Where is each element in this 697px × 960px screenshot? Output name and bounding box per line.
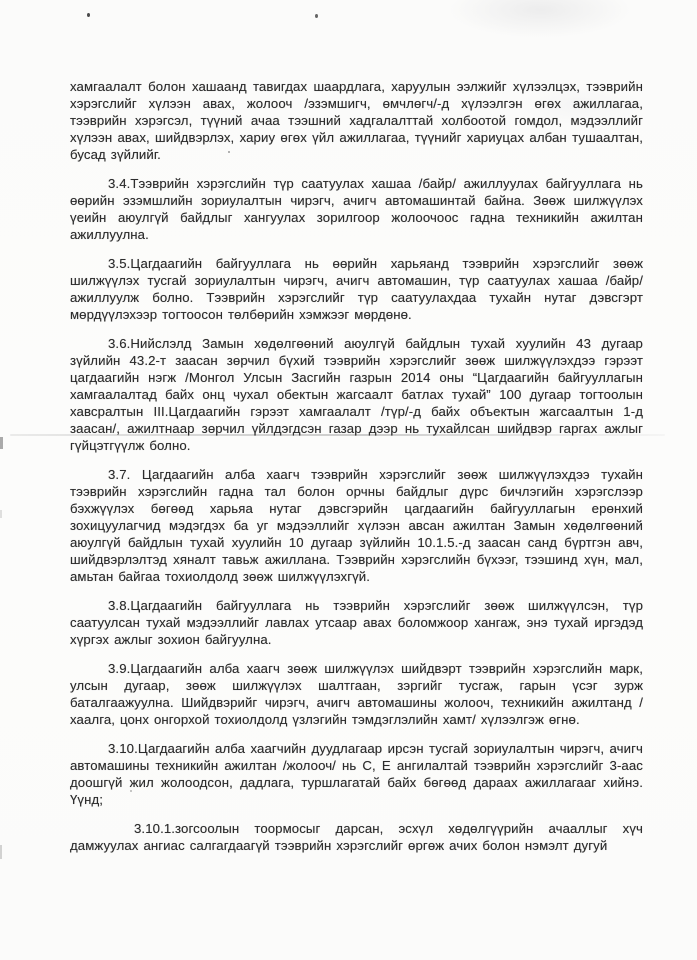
paragraph-3-10: 3.10.Цагдаагийн алба хаагчийн дуудлагаар… — [70, 740, 643, 808]
scan-edge-smudge — [0, 437, 3, 449]
paragraph-3-8: 3.8.Цагдаагийн байгууллага нь тээврийн х… — [70, 597, 643, 648]
scan-speck — [87, 13, 90, 17]
paragraph-3-6: 3.6.Нийслэлд Замын хөдөлгөөний аюулгүй б… — [70, 335, 643, 454]
paragraph-continuation: хамгаалалт болон хашаанд тавигдах шаардл… — [70, 78, 643, 163]
paragraph-3-5: 3.5.Цагдаагийн байгууллага нь өөрийн хар… — [70, 255, 643, 323]
scan-speck — [315, 14, 318, 18]
scan-edge-smudge — [0, 510, 2, 518]
paragraph-3-7: 3.7. Цагдаагийн алба хаагч тээврийн хэрэ… — [70, 466, 643, 585]
paragraph-3-9: 3.9.Цагдаагийн алба хаагч зөөж шилжүүлэх… — [70, 660, 643, 728]
paragraph-3-10-1: 3.10.1.зогсоолын тоормосыг дарсан, эсхүл… — [70, 820, 643, 854]
document-page: хамгаалалт болон хашаанд тавигдах шаардл… — [0, 0, 697, 960]
document-text-block: хамгаалалт болон хашаанд тавигдах шаардл… — [70, 78, 643, 854]
scan-edge-smudge — [0, 845, 2, 859]
paragraph-3-4: 3.4.Тээврийн хэрэгслийн түр саатуулах ха… — [70, 175, 643, 243]
